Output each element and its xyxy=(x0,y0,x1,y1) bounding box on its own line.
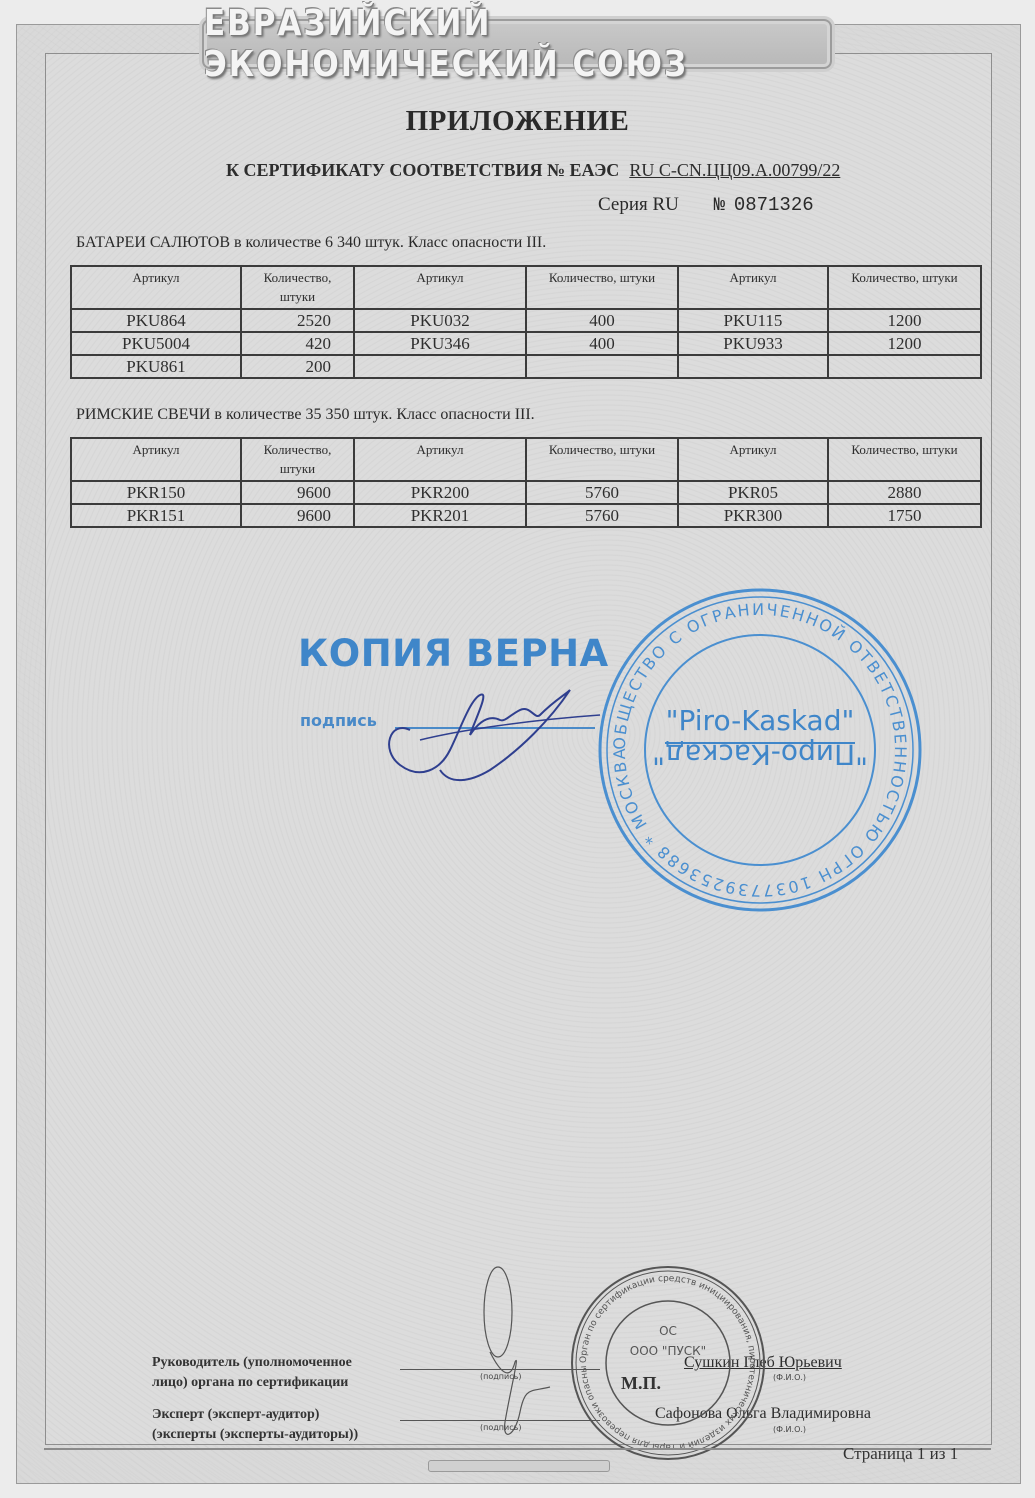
article-cell: PKR151 xyxy=(71,504,241,527)
series-value: RU xyxy=(653,194,679,215)
head-name-caption: (Ф.И.О.) xyxy=(773,1373,806,1382)
quantity-cell: 5760 xyxy=(526,481,678,504)
certificate-number: RU C-CN.ЦЦ09.А.00799/22 xyxy=(629,160,840,180)
expert-label-line1: Эксперт (эксперт-аудитор) xyxy=(152,1405,358,1425)
quantity-cell: 2880 xyxy=(828,481,981,504)
table-row: PKR1519600PKR2015760PKR3001750 xyxy=(71,504,981,527)
quantity-cell: 1200 xyxy=(828,309,981,332)
article-cell xyxy=(678,355,828,378)
quantity-cell: 420 xyxy=(241,332,354,355)
roman-candles-table: АртикулКоличество, штукиАртикулКоличеств… xyxy=(70,437,982,528)
banner-text: ЕВРАЗИЙСКИЙ ЭКОНОМИЧЕСКИЙ СОЮЗ xyxy=(204,3,830,86)
blue-signature-icon xyxy=(380,660,610,790)
certificate-reference: К СЕРТИФИКАТУ СООТВЕТСТВИЯ № ЕАЭСRU C-CN… xyxy=(226,160,840,181)
column-header-quantity: Количество, штуки xyxy=(526,266,678,309)
table-header-row: АртикулКоличество, штукиАртикулКоличеств… xyxy=(71,438,981,481)
quantity-cell: 1200 xyxy=(828,332,981,355)
seal-name-cyrillic: "Пиро-Каскад" xyxy=(652,738,868,771)
page-number: Страница 1 из 1 xyxy=(843,1444,958,1464)
column-header-article: Артикул xyxy=(354,438,526,481)
article-cell: PKR300 xyxy=(678,504,828,527)
batteries-table: АртикулКоличество, штукиАртикулКоличеств… xyxy=(70,265,982,379)
article-cell: PKR200 xyxy=(354,481,526,504)
expert-label: Эксперт (эксперт-аудитор) (эксперты (экс… xyxy=(152,1405,358,1445)
article-cell: PKU933 xyxy=(678,332,828,355)
quantity-cell: 2520 xyxy=(241,309,354,332)
column-header-quantity: Количество, штуки xyxy=(241,438,354,481)
quantity-cell: 9600 xyxy=(241,504,354,527)
cert-seal-center-2: ООО "ПУСК" xyxy=(630,1344,706,1358)
column-header-quantity: Количество, штуки xyxy=(526,438,678,481)
expert-signature-caption: (подпись) xyxy=(480,1423,521,1432)
column-header-article: Артикул xyxy=(678,438,828,481)
article-cell xyxy=(354,355,526,378)
quantity-cell: 400 xyxy=(526,332,678,355)
column-header-quantity: Количество, штуки xyxy=(828,266,981,309)
expert-label-line2: (эксперты (эксперты-аудиторы)) xyxy=(152,1425,358,1445)
certification-seal-icon: Орган по сертификации средств инициирова… xyxy=(568,1263,768,1463)
article-cell: PKR201 xyxy=(354,504,526,527)
column-header-article: Артикул xyxy=(354,266,526,309)
copy-signature-label: подпись xyxy=(300,711,377,730)
table-row: PKR1509600PKR2005760PKR052880 xyxy=(71,481,981,504)
quantity-cell: 1750 xyxy=(828,504,981,527)
quantity-cell: 200 xyxy=(241,355,354,378)
article-cell: PKU5004 xyxy=(71,332,241,355)
table-row: PKU861200 xyxy=(71,355,981,378)
article-cell: PKU861 xyxy=(71,355,241,378)
section-label-batteries: БАТАРЕИ САЛЮТОВ в количестве 6 340 штук.… xyxy=(76,234,546,252)
article-cell: PKU032 xyxy=(354,309,526,332)
column-header-article: Артикул xyxy=(71,266,241,309)
number-label: № xyxy=(714,194,725,216)
certificate-prefix: К СЕРТИФИКАТУ СООТВЕТСТВИЯ № ЕАЭС xyxy=(226,160,619,180)
seal-name-latin: "Piro-Kaskad" xyxy=(666,704,855,737)
quantity-cell xyxy=(828,355,981,378)
table-row: PKU8642520PKU032400PKU1151200 xyxy=(71,309,981,332)
article-cell: PKU115 xyxy=(678,309,828,332)
column-header-quantity: Количество, штуки xyxy=(828,438,981,481)
company-seal-icon: ОБЩЕСТВО С ОГРАНИЧЕННОЙ ОТВЕТСТВЕННОСТЬЮ… xyxy=(595,585,925,915)
page-title: ПРИЛОЖЕНИЕ xyxy=(0,105,1035,138)
quantity-cell: 400 xyxy=(526,309,678,332)
series-line: Серия RU № 0871326 xyxy=(598,194,814,216)
quantity-cell: 5760 xyxy=(526,504,678,527)
head-label-line2: лицо) органа по сертификации xyxy=(152,1373,352,1393)
expert-name-caption: (Ф.И.О.) xyxy=(773,1425,806,1434)
table-header-row: АртикулКоличество, штукиАртикулКоличеств… xyxy=(71,266,981,309)
column-header-article: Артикул xyxy=(678,266,828,309)
union-banner: ЕВРАЗИЙСКИЙ ЭКОНОМИЧЕСКИЙ СОЮЗ xyxy=(202,19,832,69)
column-header-quantity: Количество, штуки xyxy=(241,266,354,309)
number-value: 0871326 xyxy=(734,194,814,216)
article-cell: PKU346 xyxy=(354,332,526,355)
cert-seal-center-1: ОС xyxy=(659,1324,677,1338)
quantity-cell xyxy=(526,355,678,378)
quantity-cell: 9600 xyxy=(241,481,354,504)
column-header-article: Артикул xyxy=(71,438,241,481)
article-cell: PKU864 xyxy=(71,309,241,332)
head-signature-caption: (подпись) xyxy=(480,1372,521,1381)
head-label-line1: Руководитель (уполномоченное xyxy=(152,1353,352,1373)
print-code-strip xyxy=(428,1460,610,1472)
article-cell: PKR150 xyxy=(71,481,241,504)
section-label-roman-candles: РИМСКИЕ СВЕЧИ в количестве 35 350 штук. … xyxy=(76,406,535,424)
article-cell: PKR05 xyxy=(678,481,828,504)
head-label: Руководитель (уполномоченное лицо) орган… xyxy=(152,1353,352,1393)
table-row: PKU5004420PKU346400PKU9331200 xyxy=(71,332,981,355)
series-label: Серия xyxy=(598,194,648,215)
